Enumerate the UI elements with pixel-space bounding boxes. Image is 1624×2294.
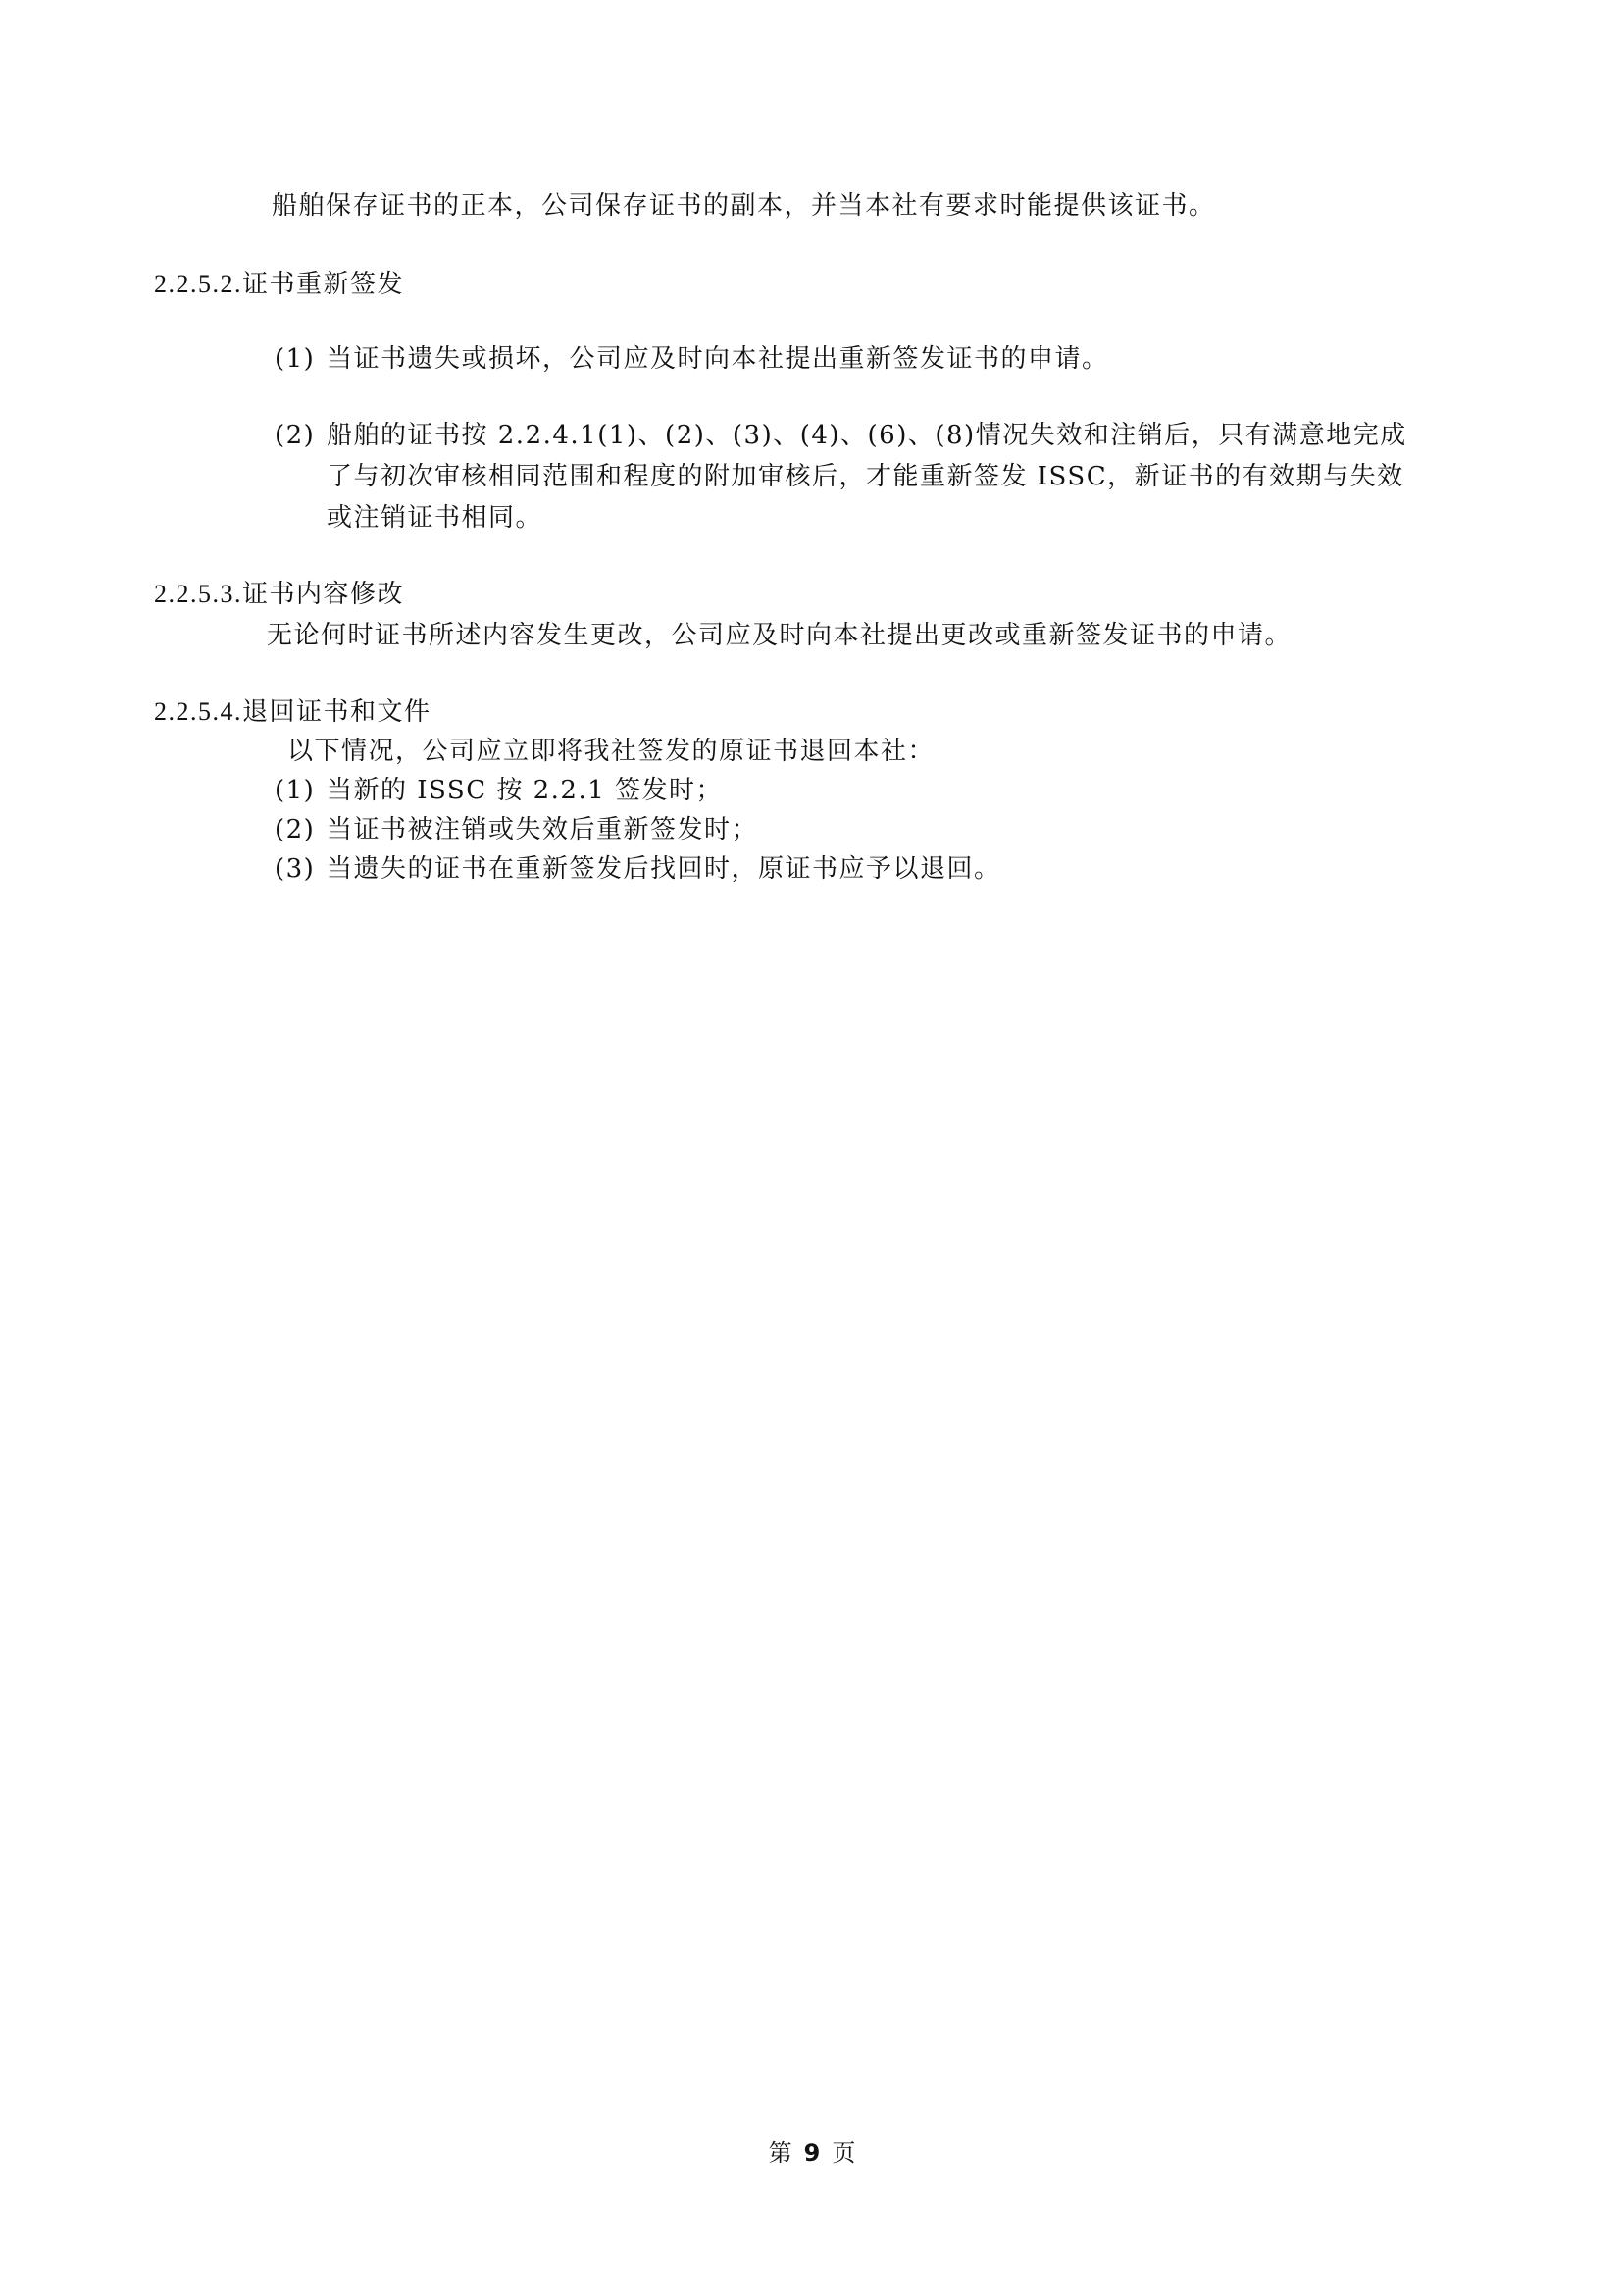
list-text: 船舶的证书按 2.2.4.1(1)、(2)、(3)、(4)、(6)、(8)情况失… bbox=[327, 420, 1407, 451]
section-number: 2.2.5.4. bbox=[154, 697, 242, 726]
list-text: 当证书遗失或损坏，公司应及时向本社提出重新签发证书的申请。 bbox=[327, 343, 1109, 375]
page-prefix: 第 bbox=[769, 2139, 792, 2167]
list-item: (3) 当遗失的证书在重新签发后找回时，原证书应予以退回。 bbox=[275, 853, 315, 885]
page-suffix: 页 bbox=[832, 2139, 855, 2167]
section-title: 证书重新签发 bbox=[242, 270, 404, 299]
page-number: 9 bbox=[804, 2139, 821, 2167]
list-item: (2) 当证书被注销或失效后重新签发时； bbox=[275, 814, 315, 845]
section-title: 证书内容修改 bbox=[242, 580, 404, 609]
list-text-continuation: 了与初次审核相同范围和程度的附加审核后，才能重新签发 ISSC，新证书的有效期与… bbox=[327, 461, 1404, 492]
list-marker: (2) bbox=[275, 815, 315, 844]
list-marker: (1) bbox=[275, 344, 315, 374]
list-item: (1) 当新的 ISSC 按 2.2.1 签发时； bbox=[275, 775, 315, 806]
list-marker: (3) bbox=[275, 854, 315, 884]
intro-paragraph: 船舶保存证书的正本，公司保存证书的副本，并当本社有要求时能提供该证书。 bbox=[272, 190, 1216, 222]
section-paragraph: 无论何时证书所述内容发生更改，公司应及时向本社提出更改或重新签发证书的申请。 bbox=[267, 620, 1292, 651]
section-paragraph: 以下情况，公司应立即将我社签发的原证书退回本社： bbox=[287, 736, 935, 767]
section-heading-2-2-5-4: 2.2.5.4.退回证书和文件 bbox=[154, 696, 431, 728]
list-text: 当证书被注销或失效后重新签发时； bbox=[327, 814, 758, 845]
section-title: 退回证书和文件 bbox=[242, 697, 431, 727]
list-item: (2) 船舶的证书按 2.2.4.1(1)、(2)、(3)、(4)、(6)、(8… bbox=[275, 420, 315, 451]
section-number: 2.2.5.2. bbox=[154, 270, 242, 298]
list-text-continuation: 或注销证书相同。 bbox=[327, 502, 542, 534]
section-number: 2.2.5.3. bbox=[154, 580, 242, 608]
list-marker: (2) bbox=[275, 421, 315, 450]
list-text: 当遗失的证书在重新签发后找回时，原证书应予以退回。 bbox=[327, 853, 1001, 885]
section-heading-2-2-5-3: 2.2.5.3.证书内容修改 bbox=[154, 579, 404, 610]
list-marker: (1) bbox=[275, 776, 315, 805]
list-text: 当新的 ISSC 按 2.2.1 签发时； bbox=[327, 775, 723, 806]
list-item: (1) 当证书遗失或损坏，公司应及时向本社提出重新签发证书的申请。 bbox=[275, 343, 315, 375]
page-footer: 第9页 bbox=[0, 2138, 1624, 2167]
section-heading-2-2-5-2: 2.2.5.2.证书重新签发 bbox=[154, 269, 404, 300]
